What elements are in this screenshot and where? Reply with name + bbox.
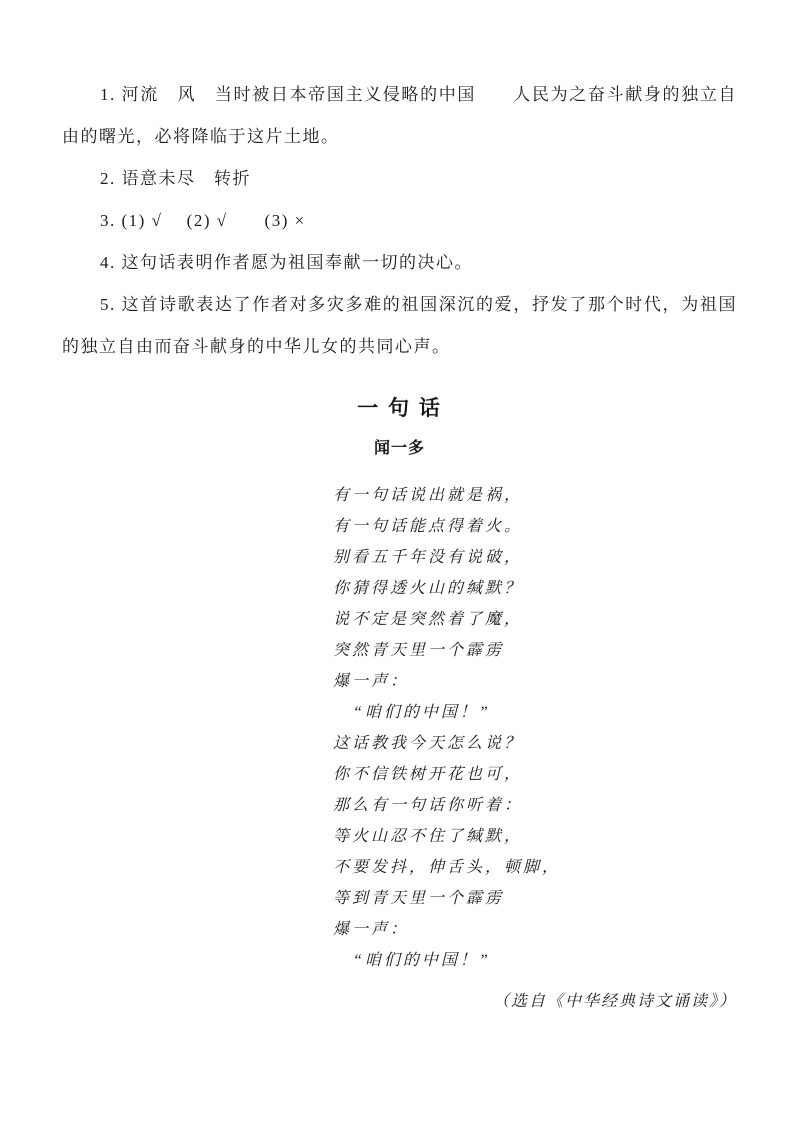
poem-line: 别看五千年没有说破，	[333, 542, 737, 573]
poem-line: 你猜得透火山的缄默？	[333, 573, 737, 604]
poem-line: 有一句话说出就是祸，	[333, 480, 737, 511]
document-page: 1. 河流 风 当时被日本帝国主义侵略的中国 人民为之奋斗献身的独立自由的曙光，…	[0, 0, 793, 1122]
poem-line: 那么有一句话你听着：	[333, 790, 737, 821]
poem-line: 不要发抖，伸舌头，顿脚，	[333, 852, 737, 883]
poem-line: 爆一声：	[333, 666, 737, 697]
answer-item-3: 3. (1) √ (2) √ (3) ×	[62, 200, 737, 242]
answer-item-2: 2. 语意未尽 转折	[62, 158, 737, 200]
poem-line-quote: “咱们的中国！”	[333, 697, 737, 728]
poem-body: 有一句话说出就是祸， 有一句话能点得着火。 别看五千年没有说破， 你猜得透火山的…	[333, 480, 737, 976]
poem-line: 等到青天里一个霹雳	[333, 883, 737, 914]
answer-item-5: 5. 这首诗歌表达了作者对多灾多难的祖国深沉的爱，抒发了那个时代，为祖国的独立自…	[62, 284, 737, 368]
poem-line: 说不定是突然着了魔，	[333, 604, 737, 635]
poem-line: 你不信铁树开花也可，	[333, 759, 737, 790]
poem-line: 等火山忍不住了缄默，	[333, 821, 737, 852]
answer-item-1: 1. 河流 风 当时被日本帝国主义侵略的中国 人民为之奋斗献身的独立自由的曙光，…	[62, 74, 737, 158]
answer-item-4: 4. 这句话表明作者愿为祖国奉献一切的决心。	[62, 242, 737, 284]
poem-line: 突然青天里一个霹雳	[333, 635, 737, 666]
poem-line: 有一句话能点得着火。	[333, 511, 737, 542]
poem-source-attribution: （选自《中华经典诗文诵读》）	[62, 986, 737, 1017]
poem-title: 一 句 话	[62, 394, 737, 424]
poem-line-quote: “咱们的中国！”	[333, 945, 737, 976]
answer-section: 1. 河流 风 当时被日本帝国主义侵略的中国 人民为之奋斗献身的独立自由的曙光，…	[62, 74, 737, 368]
poem-line: 爆一声：	[333, 914, 737, 945]
poem-line: 这话教我今天怎么说？	[333, 728, 737, 759]
poem-author: 闻一多	[62, 436, 737, 462]
